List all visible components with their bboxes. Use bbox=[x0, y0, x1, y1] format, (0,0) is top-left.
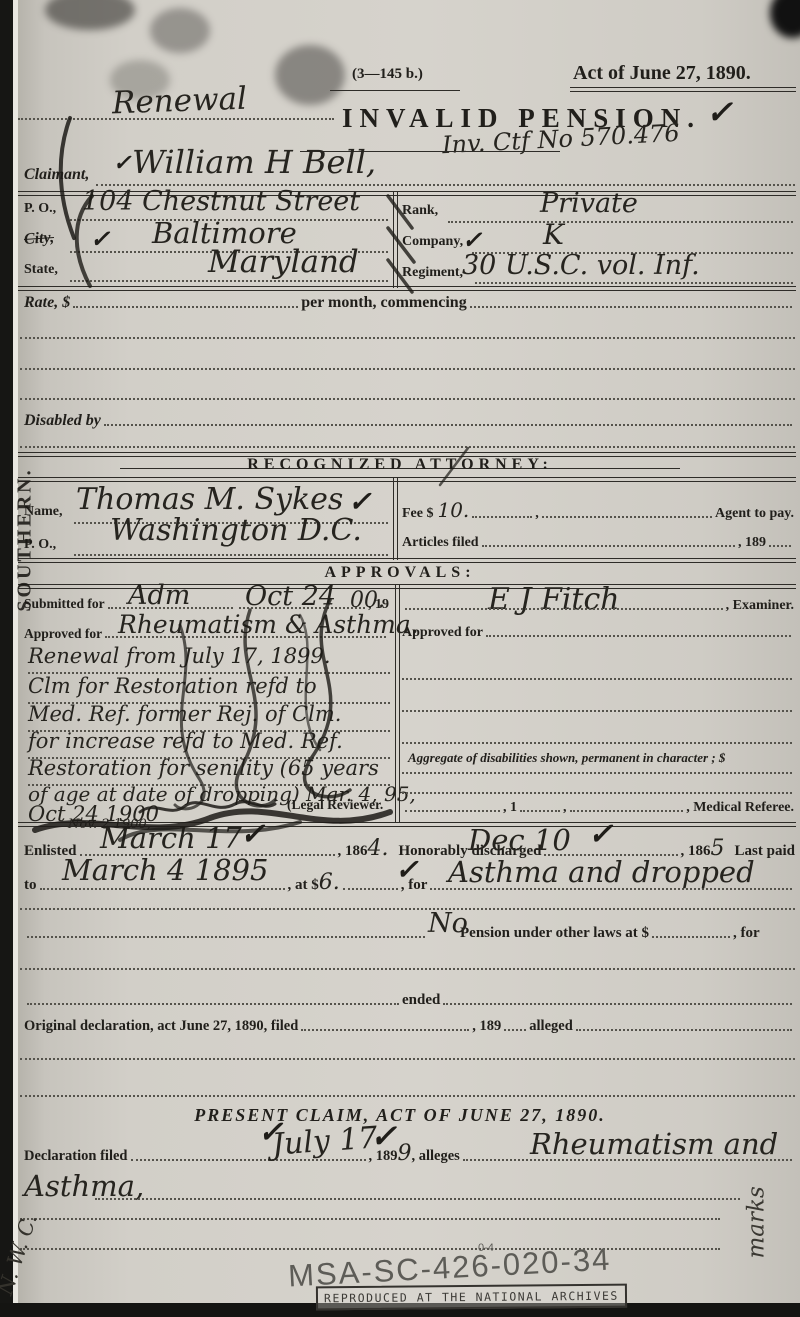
rate-date-line bbox=[470, 306, 792, 308]
declaration-filed-value: July 17 bbox=[271, 1123, 378, 1160]
top-smudge bbox=[150, 8, 210, 53]
to-date-line bbox=[40, 888, 285, 890]
referee-line-2 bbox=[520, 810, 560, 812]
disabled-line bbox=[104, 424, 792, 426]
legal-reviewer-label: (Legal Reviewer. bbox=[287, 797, 383, 813]
rate-label-post: per month, commencing bbox=[301, 294, 466, 312]
box-bottom-rule bbox=[18, 286, 796, 291]
company-value: K bbox=[543, 221, 564, 249]
last-paid-date-value: March 4 1895 bbox=[62, 856, 268, 885]
articles-line bbox=[482, 545, 735, 547]
attorney-divider bbox=[393, 477, 398, 560]
other-pension-for: , for bbox=[733, 925, 760, 942]
discharged-checkmark: ✓ bbox=[588, 820, 613, 850]
blank-line-3 bbox=[20, 398, 795, 400]
other-pension-no: No bbox=[428, 910, 468, 937]
title-checkmark: ✓ bbox=[706, 96, 733, 128]
other-pension-amount-line bbox=[652, 936, 730, 938]
ended-label: ended bbox=[402, 992, 440, 1009]
enlisted-checkmark: ✓ bbox=[240, 820, 265, 850]
ink-smudge bbox=[275, 45, 345, 105]
approved-right-label: Approved for bbox=[402, 625, 483, 641]
agent-to-pay-label: Agent to pay. bbox=[715, 506, 794, 522]
blank-line-4 bbox=[20, 446, 795, 448]
examiner-line bbox=[405, 608, 723, 610]
approved-blank-1 bbox=[402, 678, 792, 680]
act-label-underline bbox=[570, 87, 796, 92]
other-pension-row: Pension under other laws at $ , for bbox=[24, 925, 795, 942]
examiner-row: , Examiner. bbox=[402, 598, 794, 614]
rate-amount-line bbox=[73, 306, 298, 308]
approved-right-row: Approved for bbox=[402, 625, 794, 641]
top-left-smudge bbox=[45, 0, 135, 30]
box-divider bbox=[393, 191, 398, 288]
city-checkmark: ✓ bbox=[90, 227, 110, 251]
regiment-value: 30 U.S.C. vol. Inf. bbox=[462, 252, 700, 279]
alleges-line-2 bbox=[95, 1198, 740, 1200]
other-pension-lead-line bbox=[27, 936, 425, 938]
blank-line-6 bbox=[20, 968, 795, 970]
renewal-handwriting: Renewal bbox=[112, 84, 248, 120]
state-value: Maryland bbox=[208, 247, 359, 278]
claimant-value: William H Bell, bbox=[132, 146, 376, 178]
at-value: 6. bbox=[319, 872, 340, 894]
original-declaration-label: Original declaration, act June 27, 1890,… bbox=[24, 1018, 298, 1035]
approved-blank-3 bbox=[402, 742, 792, 744]
fee-value: 10. bbox=[437, 500, 469, 520]
disabled-label: Disabled by bbox=[24, 412, 101, 430]
approval-note: Clm for Restoration refd to bbox=[28, 676, 390, 704]
archive-code-superscript: 0-4 bbox=[478, 1242, 494, 1254]
regiment-label: Regiment, bbox=[402, 265, 463, 281]
ended-row: ended bbox=[24, 992, 795, 1009]
alleged-line bbox=[576, 1029, 792, 1031]
act-label: Act of June 27, 1890. bbox=[573, 62, 751, 85]
approval-note: for increase refd to Med. Ref. bbox=[28, 731, 390, 759]
original-declaration-year-line bbox=[504, 1029, 526, 1031]
right-margin-note-vertical: marks bbox=[746, 1149, 769, 1259]
submitted-value: Adm bbox=[128, 582, 190, 609]
at-label: , at $ bbox=[288, 877, 319, 894]
blank-line-10 bbox=[20, 1248, 720, 1250]
approvals-section-title: APPROVALS: bbox=[0, 564, 800, 582]
approved-blank-4 bbox=[402, 792, 792, 794]
for-value: Asthma and dropped bbox=[448, 858, 755, 887]
fee-comma: , bbox=[535, 506, 539, 522]
fee-label: Fee $ bbox=[402, 506, 433, 522]
submitted-year-hw: 00. bbox=[350, 590, 385, 612]
company-checkmark: ✓ bbox=[462, 228, 482, 252]
at-checkmark: ✓ bbox=[395, 856, 418, 884]
disabled-row: Disabled by bbox=[24, 412, 795, 430]
attorney-section-title: RECOGNIZED ATTORNEY: bbox=[0, 456, 800, 474]
approval-note: Renewal from July 17, 1899. bbox=[28, 646, 390, 674]
blank-line-5 bbox=[20, 908, 795, 910]
original-declaration-year: , 189 bbox=[472, 1018, 501, 1035]
blank-line-1 bbox=[20, 337, 795, 339]
renewal-line bbox=[18, 118, 334, 120]
original-declaration-row: Original declaration, act June 27, 1890,… bbox=[24, 1018, 795, 1035]
referee-pre: , 1 bbox=[503, 800, 517, 816]
attorney-name-value: Thomas M. Sykes bbox=[76, 485, 343, 515]
to-label: to bbox=[24, 877, 37, 894]
articles-row: Articles filed , 189 bbox=[402, 535, 794, 551]
blank-line-8 bbox=[20, 1095, 795, 1097]
attorney-bottom-rule bbox=[18, 558, 796, 563]
enlisted-year-hw: 4. bbox=[368, 838, 389, 860]
medical-referee-row: , 1 , , Medical Referee. bbox=[402, 800, 794, 816]
state-label: State, bbox=[24, 262, 58, 278]
at-line bbox=[343, 888, 398, 890]
declaration-checkmark-2: ✓ bbox=[370, 1120, 397, 1152]
aggregate-line bbox=[402, 772, 792, 774]
claimant-checkmark: ✓ bbox=[113, 152, 131, 174]
fee-line-2 bbox=[542, 516, 712, 518]
blank-line-2 bbox=[20, 368, 795, 370]
pension-form-scan: (3—145 b.) Act of June 27, 1890. Renewal… bbox=[0, 0, 800, 1317]
submitted-date: Oct 24 bbox=[245, 583, 336, 610]
rank-value: Private bbox=[540, 190, 638, 217]
declaration-filed-label: Declaration filed bbox=[24, 1148, 128, 1165]
blank-line-9 bbox=[20, 1218, 720, 1220]
city-label: City, bbox=[23, 229, 54, 249]
attorney-po-value: Washington D.C. bbox=[110, 516, 362, 546]
approved-blank-2 bbox=[402, 710, 792, 712]
articles-label: Articles filed bbox=[402, 535, 479, 551]
rank-label: Rank, bbox=[402, 203, 438, 219]
southern-stamp-vertical: SOUTHERN. bbox=[14, 430, 37, 650]
company-label: Company, bbox=[402, 234, 463, 250]
articles-year-line bbox=[769, 545, 791, 547]
po-label: P. O., bbox=[24, 201, 56, 217]
other-pension-label: Pension under other laws at $ bbox=[460, 925, 649, 942]
form-number: (3—145 b.) bbox=[352, 66, 423, 83]
rate-label-pre: Rate, $ bbox=[24, 294, 70, 312]
claimant-label: Claimant, bbox=[24, 166, 89, 184]
approved-right-line bbox=[486, 635, 791, 637]
ended-lead-line bbox=[27, 1003, 399, 1005]
approval-note: Med. Ref. former Rej. of Clm. bbox=[28, 704, 390, 732]
state-line bbox=[70, 280, 388, 282]
enlisted-year-printed: , 186 bbox=[338, 843, 368, 860]
alleges-value-1: Rheumatism and bbox=[530, 1130, 778, 1159]
examiner-label: , Examiner. bbox=[726, 598, 794, 614]
attorney-checkmark: ✓ bbox=[348, 488, 371, 516]
rank-line bbox=[448, 221, 793, 223]
alleged-label: alleged bbox=[529, 1018, 573, 1035]
discharged-value: Dec 10 bbox=[468, 826, 571, 855]
fee-row: Fee $ 10. , Agent to pay. bbox=[402, 500, 794, 522]
original-declaration-line bbox=[301, 1029, 469, 1031]
referee-line-3 bbox=[570, 810, 684, 812]
enlisted-value: March 17 bbox=[100, 824, 242, 853]
declaration-filed-line bbox=[131, 1159, 366, 1161]
fee-line-1 bbox=[472, 516, 532, 518]
national-archives-stamp: REPRODUCED AT THE NATIONAL ARCHIVES bbox=[316, 1284, 627, 1311]
present-claim-title: PRESENT CLAIM, ACT OF JUNE 27, 1890. bbox=[0, 1105, 800, 1126]
regiment-line bbox=[475, 282, 793, 284]
ended-line bbox=[443, 1003, 792, 1005]
aggregate-label: Aggregate of disabilities shown, permane… bbox=[408, 750, 794, 766]
po-value: 104 Chestnut Street bbox=[82, 188, 360, 215]
approved-left-value: Rheumatism & Asthma. bbox=[118, 612, 419, 637]
corner-ink-blot bbox=[770, 0, 800, 38]
attorney-po-line bbox=[74, 554, 388, 556]
form-number-underline bbox=[330, 90, 460, 91]
alleges-label: , alleges bbox=[412, 1148, 460, 1165]
blank-line-7 bbox=[20, 1058, 795, 1060]
declaration-year-hw: 9 bbox=[398, 1143, 412, 1165]
articles-year: , 189 bbox=[738, 535, 766, 551]
rate-row: Rate, $ per month, commencing bbox=[24, 294, 795, 312]
medical-referee-label: , Medical Referee. bbox=[686, 800, 794, 816]
referee-line-1 bbox=[405, 810, 500, 812]
